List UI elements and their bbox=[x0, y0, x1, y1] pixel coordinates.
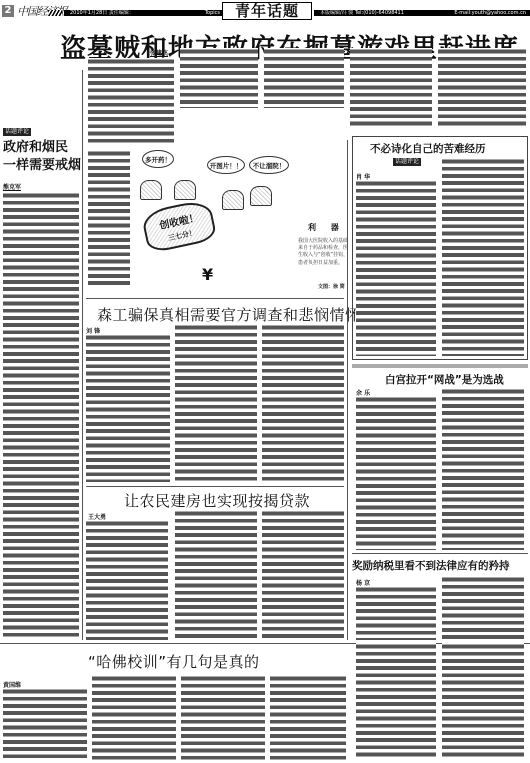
left-title-line1: 政府和烟民 bbox=[3, 140, 68, 156]
lead-body-col4 bbox=[350, 48, 432, 128]
lead-byline: 张建飞 bbox=[150, 48, 168, 57]
farmers-body-col3 bbox=[262, 510, 344, 640]
lead-body-col5 bbox=[438, 48, 526, 128]
left-body: 据中国疾病预防控制中心的数据，我国吸烟人数已超过3亿，每年因吸烟相关疾病死亡人数… bbox=[3, 192, 79, 640]
harvard-body: “哈佛校训”流传甚广，却有不少是杜撰的。所谓“哈佛校训”其实是一种文化想象，值得… bbox=[3, 688, 87, 760]
section-divider bbox=[86, 486, 344, 487]
section-title: 青年话题 bbox=[222, 2, 312, 20]
right-bottom-body-col2b bbox=[442, 643, 524, 760]
lead-body-col2 bbox=[180, 48, 258, 108]
farmers-body-col2 bbox=[175, 510, 257, 640]
topics-label: Topics bbox=[205, 10, 220, 16]
cartoon-caption-title: 利 器 bbox=[308, 222, 345, 233]
right-middle-headline: 白宫拉开“网战”是为选战 bbox=[385, 372, 504, 387]
cartoon-bubble: 不让溜院！ bbox=[249, 156, 289, 174]
cartoon-bubble: 开图片！！ bbox=[207, 156, 245, 174]
lead-body-col3 bbox=[264, 48, 344, 108]
date-bar: 2010年1月28日 责任编辑： Topics bbox=[64, 10, 222, 16]
harvard-body-col4 bbox=[270, 675, 346, 760]
cartoon-caption-body: 我国大医院收入的基础来自于药品和检查，医生收入与“创收”挂钩，患者负担日益加重。 bbox=[298, 238, 350, 267]
right-middle-body-col2 bbox=[442, 388, 524, 550]
column-divider bbox=[347, 140, 348, 640]
left-title-line2: 一样需要戒烟 bbox=[3, 158, 81, 174]
right-bottom-headline: 奖励纳税里看不到法律应有的矜持 bbox=[352, 558, 510, 573]
forestry-body-col2 bbox=[175, 324, 257, 482]
farmers-headline: 让农民建房也实现按揭贷款 bbox=[124, 490, 310, 511]
harvard-body-col3 bbox=[181, 675, 265, 760]
column-divider bbox=[82, 70, 83, 640]
right-bottom-body-col1b bbox=[356, 643, 436, 760]
right-bottom-body: 1月26日，某地出台奖励纳税大户的办法，奖励标准与纳税额挂钩。法律应有的矜持，不… bbox=[356, 586, 436, 640]
lead-body-col1b bbox=[88, 150, 130, 285]
left-kicker: 话题评论 bbox=[3, 128, 31, 136]
forestry-body: 森工职工以假身份骗取保险，此事背后折射出林区职工生活的困境。真相需要官方的调查，… bbox=[86, 334, 170, 482]
left-byline: 熊克军 bbox=[3, 182, 21, 191]
harvard-headline: “哈佛校训”有几句是真的 bbox=[88, 651, 260, 672]
funnel-figure bbox=[222, 190, 244, 210]
cartoon-bubble: 多开药！ bbox=[142, 150, 174, 168]
funnel-figure bbox=[250, 186, 272, 206]
email-link[interactable]: E-mail:youth@yahoo.com.cn bbox=[454, 10, 526, 16]
grey-rule bbox=[352, 364, 528, 368]
farmers-body: 农民建房难，难在资金。如果城市居民可以通过按揭贷款买房，为什么农民建房不能享受按… bbox=[86, 520, 168, 640]
yuan-sign-icon: ¥ bbox=[202, 265, 213, 284]
lead-body: 今日中国掘墓热，掘墓者众多，地方政府争相开发墓葬旅游。盗墓贼和地方政府在这场游戏… bbox=[88, 58, 174, 146]
cartoon-author: 文图：徐 简 bbox=[318, 283, 345, 290]
contact-bar: 本版编辑/冯 骏 Tel:(010)-64098411 E-mail:youth… bbox=[314, 10, 530, 16]
funnel-figure bbox=[140, 180, 162, 200]
right-top-headline: 不必诗化自己的苦难经历 bbox=[370, 141, 486, 156]
masthead: 2 中国经济报 2010年1月28日 责任编辑： Topics 青年话题 本版编… bbox=[0, 0, 530, 22]
page-number: 2 bbox=[2, 5, 14, 17]
desk-info: 本版编辑/冯 骏 Tel:(010)-64098411 bbox=[320, 10, 404, 16]
cartoon-sub-label: 三七分！ bbox=[167, 228, 196, 244]
right-middle-body: 白宫在网络上发起攻势，表面上是“网战”，实际上是在为即将到来的中期选举做准备。 bbox=[356, 396, 436, 550]
section-divider bbox=[86, 298, 344, 299]
editorial-cartoon: 多开药！ 开图片！！ 不让溜院！ 创收啦！ 三七分！ ¥ bbox=[132, 150, 297, 295]
harvard-body-col2 bbox=[92, 675, 176, 760]
date-editor: 2010年1月28日 责任编辑： bbox=[70, 10, 134, 16]
right-bottom-body-col2 bbox=[442, 576, 524, 640]
right-top-body-col2 bbox=[442, 158, 524, 356]
forestry-headline: 森工骗保真相需要官方调查和悲悯情怀 bbox=[97, 304, 361, 325]
funnel-figure bbox=[174, 180, 196, 200]
right-top-body: 苦难本身并不值得歌颂，值得铭记的是人在苦难中的坚持。不必把自己的苦难经历诗化，更… bbox=[356, 180, 436, 356]
big-funnel: 创收啦！ 三七分！ bbox=[140, 198, 217, 254]
section-divider bbox=[352, 553, 528, 554]
forestry-body-col3 bbox=[262, 324, 344, 482]
right-top-kicker: 话题评论 bbox=[393, 158, 421, 166]
decorative-stripes bbox=[48, 10, 62, 16]
